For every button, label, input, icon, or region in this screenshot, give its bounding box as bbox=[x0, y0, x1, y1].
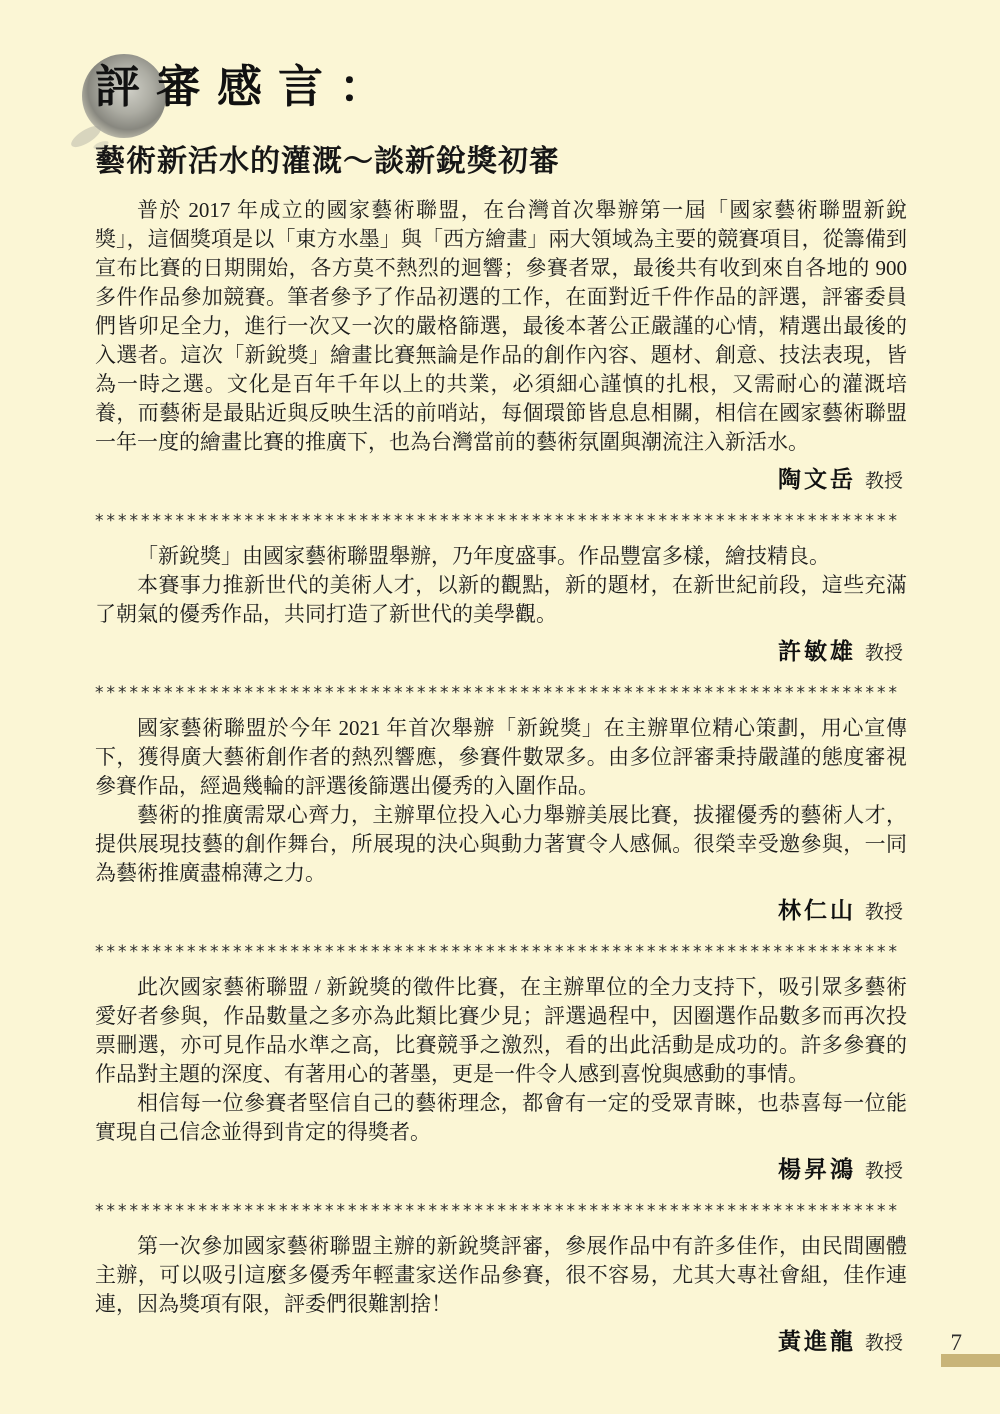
author-title: 教授 bbox=[865, 643, 903, 664]
asterisk-separator: ****************************************… bbox=[95, 941, 907, 963]
page-title: 評審感言： bbox=[95, 62, 400, 112]
asterisk-separator: ****************************************… bbox=[95, 682, 907, 704]
comment-section-4: 此次國家藝術聯盟 / 新銳獎的徵件比賽，在主辦單位的全力支持下，吸引眾多藝術愛好… bbox=[95, 973, 907, 1190]
author-line: 黃進龍教授 bbox=[95, 1325, 903, 1362]
author-title: 教授 bbox=[865, 1161, 903, 1182]
comment-section-3: 國家藝術聯盟於今年 2021 年首次舉辦「新銳獎」在主辦單位精心策劃，用心宣傳下… bbox=[95, 714, 907, 931]
author-name: 許敏雄 bbox=[778, 639, 856, 664]
comment-paragraph: 「新銳獎」由國家藝術聯盟舉辦，乃年度盛事。作品豐富多樣，繪技精良。 bbox=[95, 542, 907, 571]
comments-list: 普於 2017 年成立的國家藝術聯盟，在台灣首次舉辦第一屆「國家藝術聯盟新銳獎」… bbox=[95, 196, 907, 1362]
comment-paragraph: 第一次參加國家藝術聯盟主辦的新銳獎評審，參展作品中有許多佳作，由民間團體主辦，可… bbox=[95, 1232, 907, 1319]
article-header: 評審感言： 藝術新活水的灌溉～談新銳獎初審 bbox=[95, 42, 907, 180]
author-name: 黃進龍 bbox=[778, 1329, 856, 1354]
asterisk-separator: ****************************************… bbox=[95, 1200, 907, 1222]
page-number: 7 bbox=[951, 1330, 963, 1356]
comment-paragraph: 藝術的推廣需眾心齊力，主辦單位投入心力舉辦美展比賽，拔擢優秀的藝術人才，提供展現… bbox=[95, 801, 907, 888]
article-subtitle: 藝術新活水的灌溉～談新銳獎初審 bbox=[95, 144, 907, 180]
author-title: 教授 bbox=[865, 471, 903, 492]
comment-paragraph: 此次國家藝術聯盟 / 新銳獎的徵件比賽，在主辦單位的全力支持下，吸引眾多藝術愛好… bbox=[95, 973, 907, 1089]
author-line: 林仁山教授 bbox=[95, 894, 903, 931]
comment-paragraph: 國家藝術聯盟於今年 2021 年首次舉辦「新銳獎」在主辦單位精心策劃，用心宣傳下… bbox=[95, 714, 907, 801]
article-content: 評審感言： 藝術新活水的灌溉～談新銳獎初審 普於 2017 年成立的國家藝術聯盟… bbox=[95, 42, 907, 1370]
comment-paragraph: 相信每一位參賽者堅信自己的藝術理念，都會有一定的受眾青睞，也恭喜每一位能實現自己… bbox=[95, 1089, 907, 1147]
footer-accent-bar bbox=[941, 1354, 1000, 1367]
comment-paragraph: 本賽事力推新世代的美術人才，以新的觀點，新的題材，在新世紀前段，這些充滿了朝氣的… bbox=[95, 571, 907, 629]
author-name: 陶文岳 bbox=[778, 467, 856, 492]
author-title: 教授 bbox=[865, 1333, 903, 1354]
title-row: 評審感言： bbox=[95, 42, 907, 138]
author-line: 楊昇鴻教授 bbox=[95, 1153, 903, 1190]
comment-section-2: 「新銳獎」由國家藝術聯盟舉辦，乃年度盛事。作品豐富多樣，繪技精良。 本賽事力推新… bbox=[95, 542, 907, 672]
author-title: 教授 bbox=[865, 902, 903, 923]
author-line: 許敏雄教授 bbox=[95, 635, 903, 672]
comment-section-5: 第一次參加國家藝術聯盟主辦的新銳獎評審，參展作品中有許多佳作，由民間團體主辦，可… bbox=[95, 1232, 907, 1362]
author-name: 林仁山 bbox=[778, 898, 856, 923]
author-line: 陶文岳教授 bbox=[95, 463, 903, 500]
comment-paragraph: 普於 2017 年成立的國家藝術聯盟，在台灣首次舉辦第一屆「國家藝術聯盟新銳獎」… bbox=[95, 196, 907, 457]
comment-section-1: 普於 2017 年成立的國家藝術聯盟，在台灣首次舉辦第一屆「國家藝術聯盟新銳獎」… bbox=[95, 196, 907, 500]
author-name: 楊昇鴻 bbox=[778, 1157, 856, 1182]
asterisk-separator: ****************************************… bbox=[95, 510, 907, 532]
